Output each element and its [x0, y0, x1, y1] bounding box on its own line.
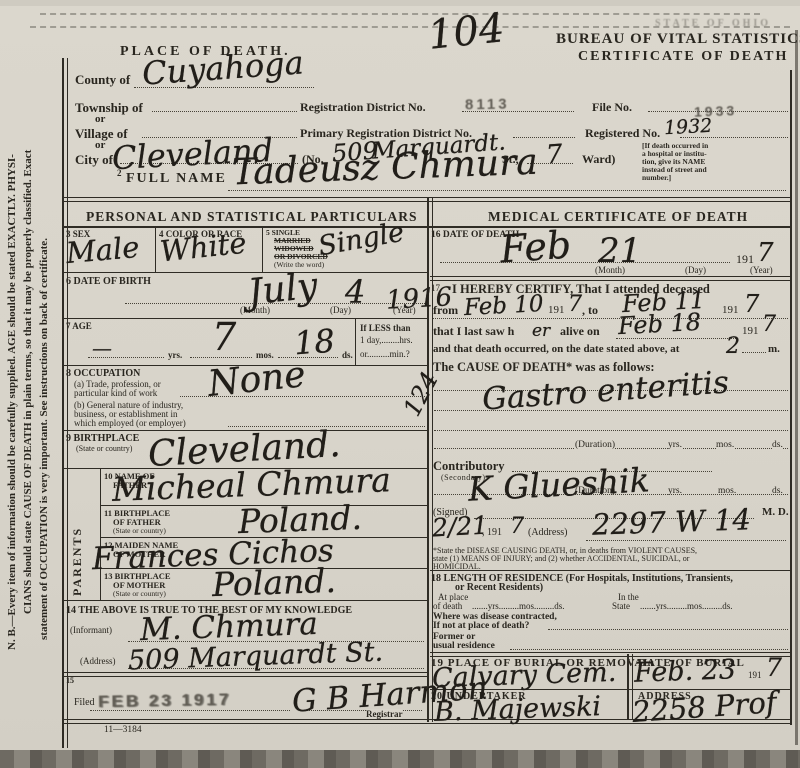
parents-column-divider	[100, 468, 101, 600]
undertaker-value: B. Majewski	[434, 693, 602, 726]
residence-former-line	[510, 649, 788, 650]
age-less-line1: If LESS than	[360, 323, 411, 333]
dob-month-value: July	[246, 268, 319, 311]
or-label-2: or	[95, 139, 105, 151]
certify-from-year-hw: 7	[568, 294, 582, 316]
scan-top-edge-line	[40, 13, 760, 15]
residence-atplace-line2: of death	[433, 601, 462, 611]
certify-alive-label: alive on	[560, 324, 600, 339]
registered-no-label: Registered No.	[585, 126, 660, 141]
age-less-line2: 1 day,........hrs.	[360, 335, 413, 345]
dod-day-value: 21	[598, 234, 641, 268]
certify-saw-year-hw: 7	[762, 314, 776, 336]
residence-inthe-leader: .......yrs.........mos.........ds.	[640, 601, 733, 611]
cause-line3	[434, 430, 788, 431]
city-label: City of	[75, 152, 113, 168]
margin-note-line3: statement of OCCUPATION is very importan…	[38, 238, 50, 640]
physician-signature: K Glueshik	[467, 463, 650, 505]
age-years-dash: —	[92, 338, 112, 358]
certify-to-year-hw: 7	[744, 292, 759, 316]
mother-birthplace-value: Poland.	[211, 564, 336, 601]
state-of-ohio-heading: STATE OF OHIO	[655, 18, 771, 29]
dod-month-value: Feb	[499, 226, 573, 269]
birthplace-label: 9 BIRTHPLACE	[66, 433, 139, 444]
age-less-line3: or..........min.?	[360, 349, 410, 359]
informant-label: (Informant)	[70, 625, 112, 635]
form-right-border	[790, 70, 792, 725]
certify-to-year-printed: 191	[722, 304, 739, 316]
ward-label: Ward)	[582, 152, 615, 167]
dob-day-value: 4	[345, 276, 365, 308]
certify-to-label: , to	[582, 303, 598, 318]
sex-race-divider	[155, 228, 156, 272]
hospital-note-line5: number.]	[642, 174, 752, 182]
occupation-label-text: OCCUPATION	[74, 368, 141, 379]
registered-no-value: 1932	[664, 117, 713, 139]
dob-label-text: DATE OF BIRTH	[74, 276, 151, 287]
mother-birthplace-sub: (State or country)	[113, 589, 166, 598]
rule-under-informant	[62, 672, 428, 677]
primary-registration-line	[513, 137, 575, 138]
cause-yrs-label: yrs.	[668, 440, 682, 450]
residence-atplace-leader: .......yrs.........mos.........ds.	[472, 601, 565, 611]
dob-year-value: 1916	[385, 284, 452, 313]
occupation-label: 8 OCCUPATION	[66, 368, 140, 379]
scan-right-edge	[795, 30, 798, 745]
registrar-label: Registrar	[366, 709, 402, 719]
dod-day-caption: (Day)	[685, 265, 706, 275]
race-marital-divider	[262, 228, 263, 272]
bureau-heading: BUREAU OF VITAL STATISTICS	[556, 31, 800, 48]
dob-label: 6 DATE OF BIRTH	[66, 276, 151, 287]
occupation-value: None	[206, 357, 307, 403]
registration-district-label: Registration District No.	[300, 100, 426, 115]
age-label: 7 AGE	[66, 321, 92, 331]
certify-from-date: Feb 10	[463, 293, 544, 320]
sign-date-handwritten: 2/21	[431, 513, 488, 541]
certificate-heading: CERTIFICATE OF DEATH	[578, 49, 788, 65]
or-label-1: or	[95, 113, 105, 125]
township-line	[152, 111, 297, 112]
township-label: Township of	[75, 100, 143, 116]
sign-address-label: (Address)	[528, 527, 567, 538]
informant-address-label: (Address)	[80, 656, 116, 666]
residence-former-line2: usual residence	[433, 641, 495, 651]
occupation-a-line2: particular kind of work	[74, 388, 157, 398]
death-certificate-scan: N. B.—Every item of information should b…	[0, 0, 800, 768]
age-ds-caption: ds.	[342, 350, 353, 360]
birthplace-sub-label: (State or country)	[76, 444, 132, 453]
file-no-label: File No.	[592, 100, 632, 115]
age-months-value: 7	[212, 318, 236, 356]
residence-where-line	[548, 629, 788, 630]
cause-mos-label: mos.	[716, 440, 734, 450]
father-bp-number: 11	[104, 508, 112, 518]
age-label-text: AGE	[72, 321, 92, 331]
form-left-border	[62, 58, 68, 748]
father-birthplace-value: Poland.	[237, 501, 362, 538]
certify-time-line	[742, 352, 766, 353]
sign-address-value: 2297 W 14	[592, 505, 752, 540]
hospital-note: [If death occurred in a hospital or inst…	[642, 142, 752, 182]
age-lessbox-divider	[355, 319, 356, 365]
rule-under-dod	[430, 276, 792, 281]
certify-m-label: m.	[768, 343, 780, 355]
rule-under-dob	[62, 318, 428, 319]
certify-saw-date: Feb 18	[617, 310, 701, 338]
burial-year-handwritten: 7	[766, 655, 782, 680]
race-value: White	[159, 229, 248, 267]
ward-number-value: 7	[545, 141, 563, 168]
medical-section-title: MEDICAL CERTIFICATE OF DEATH	[488, 209, 748, 225]
sex-value: Male	[65, 233, 141, 268]
burial-place-value: Calvary Cem.	[432, 659, 617, 692]
occupation-b-line3: which employed (or employer)	[74, 418, 186, 428]
cause-duration-label: (Duration)	[575, 440, 615, 450]
rule-under-residence	[430, 652, 792, 657]
burial-date-value: Feb. 23	[634, 656, 737, 687]
sign-year-handwritten: 7	[510, 516, 524, 538]
county-label: County of	[75, 72, 130, 88]
dod-year-handwritten: 7	[757, 240, 774, 266]
md-label: M. D.	[762, 506, 789, 518]
margin-note-line1: N. B.—Every item of information should b…	[6, 154, 18, 650]
filed-date-stamp: FEB 23 1917	[98, 690, 232, 712]
residence-where-line2: If not at place of death?	[433, 621, 529, 631]
certify-saw-hw: er	[532, 323, 550, 340]
rule-under-footnote	[430, 570, 792, 571]
filed-label: Filed	[74, 697, 95, 708]
birthplace-label-text: BIRTHPLACE	[74, 433, 140, 444]
age-yrs-caption: yrs.	[168, 350, 182, 360]
serial-number-handwritten: 104	[426, 8, 506, 56]
certify-occurred-label: and that death occurred, on the date sta…	[433, 343, 679, 355]
father-birthplace-sub: (State or country)	[113, 526, 166, 535]
registration-district-stamp: 8113	[465, 96, 510, 114]
scan-bottom-edge	[0, 750, 800, 768]
certify-time-hw: 2	[726, 336, 740, 358]
marital-number: 5	[266, 228, 270, 237]
parents-group-label: PARENTS	[70, 527, 85, 596]
residence-inthe-line2: State	[612, 601, 630, 611]
burial-year-printed: 191	[748, 670, 762, 680]
date-of-death-line	[440, 262, 730, 263]
form-number: 11—3184	[104, 725, 142, 735]
certify-saw-label: that I last saw h	[433, 324, 514, 339]
cause-ds-label: ds.	[772, 440, 783, 450]
certify-from-year-printed: 191	[548, 304, 565, 316]
margin-note-line2: CIANS should state CAUSE OF DEATH in pla…	[22, 150, 34, 614]
certify-saw-year-printed: 191	[742, 325, 759, 337]
